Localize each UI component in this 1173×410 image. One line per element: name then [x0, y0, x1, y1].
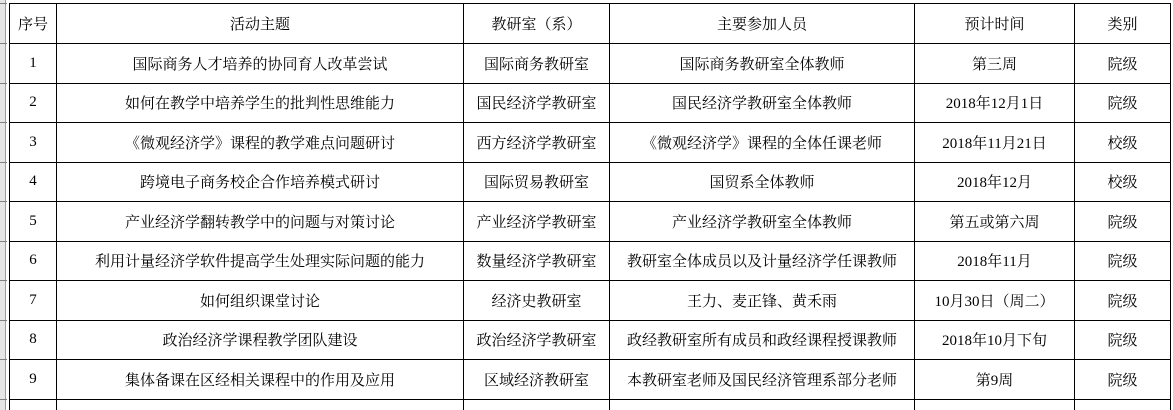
cell-category[interactable]: 校级 — [1075, 162, 1171, 202]
cell-topic[interactable]: 如何在教学中培养学生的批判性思维能力 — [57, 83, 464, 123]
cell-empty — [464, 399, 610, 410]
table-row: 8政治经济学课程教学团队建设政治经济学教研室政经教研室所有成员和政经课程授课教师… — [10, 320, 1171, 360]
gutter-gridline-tick — [0, 201, 7, 202]
cell-empty — [610, 399, 915, 410]
cell-index[interactable]: 4 — [10, 162, 57, 202]
cell-participants[interactable]: 政经教研室所有成员和政经课程授课教师 — [610, 320, 915, 360]
cell-department[interactable]: 国民经济学教研室 — [464, 83, 610, 123]
table-row: 3《微观经济学》课程的教学难点问题研讨西方经济学教研室《微观经济学》课程的全体任… — [10, 123, 1171, 163]
cell-category[interactable]: 院级 — [1075, 281, 1171, 321]
cell-empty — [915, 399, 1075, 410]
table-row: 4跨境电子商务校企合作培养模式研讨国际贸易教研室国贸系全体教师2018年12月校… — [10, 162, 1171, 202]
cell-department[interactable]: 西方经济学教研室 — [464, 123, 610, 163]
cell-time[interactable]: 第三周 — [915, 44, 1075, 84]
gutter-gridline-tick — [0, 162, 7, 163]
cell-index[interactable]: 3 — [10, 123, 57, 163]
cell-participants[interactable]: 产业经济学教研室全体教师 — [610, 202, 915, 242]
gutter-gridline-tick — [0, 241, 7, 242]
gutter-gridline-tick — [0, 359, 7, 360]
cell-category[interactable]: 院级 — [1075, 44, 1171, 84]
row-header-gutter — [0, 0, 6, 410]
cell-category[interactable]: 院级 — [1075, 241, 1171, 281]
cell-index[interactable]: 5 — [10, 202, 57, 242]
cell-department[interactable]: 国际商务教研室 — [464, 44, 610, 84]
cell-topic[interactable]: 跨境电子商务校企合作培养模式研讨 — [57, 162, 464, 202]
header-row: 序号活动主题教研室（系）主要参加人员预计时间类别 — [10, 4, 1171, 44]
cell-department[interactable]: 政治经济学教研室 — [464, 320, 610, 360]
table-row: 6利用计量经济学软件提高学生处理实际问题的能力数量经济学教研室教研室全体成员以及… — [10, 241, 1171, 281]
cell-index[interactable]: 1 — [10, 44, 57, 84]
column-header-index[interactable]: 序号 — [10, 4, 57, 44]
cell-index[interactable]: 2 — [10, 83, 57, 123]
cell-time[interactable]: 第五或第六周 — [915, 202, 1075, 242]
column-header-category[interactable]: 类别 — [1075, 4, 1171, 44]
cell-time[interactable]: 2018年12月 — [915, 162, 1075, 202]
cell-time[interactable]: 2018年11月 — [915, 241, 1075, 281]
cell-topic[interactable]: 《微观经济学》课程的教学难点问题研讨 — [57, 123, 464, 163]
cell-participants[interactable]: 教研室全体成员以及计量经济学任课教师 — [610, 241, 915, 281]
cell-empty — [1075, 399, 1171, 410]
cell-category[interactable]: 院级 — [1075, 202, 1171, 242]
cell-time[interactable]: 2018年10月下旬 — [915, 320, 1075, 360]
cell-index[interactable]: 9 — [10, 360, 57, 400]
cell-index[interactable]: 6 — [10, 241, 57, 281]
cell-empty — [57, 399, 464, 410]
cell-time[interactable]: 2018年12月1日 — [915, 83, 1075, 123]
cell-department[interactable]: 区域经济教研室 — [464, 360, 610, 400]
cell-department[interactable]: 国际贸易教研室 — [464, 162, 610, 202]
table-row: 9集体备课在区经相关课程中的作用及应用区域经济教研室本教研室老师及国民经济管理系… — [10, 360, 1171, 400]
cell-participants[interactable]: 国贸系全体教师 — [610, 162, 915, 202]
table-row: 1国际商务人才培养的协同育人改革尝试国际商务教研室国际商务教研室全体教师第三周院… — [10, 44, 1171, 84]
cell-time[interactable]: 10月30日（周二） — [915, 281, 1075, 321]
cell-participants[interactable]: 国际商务教研室全体教师 — [610, 44, 915, 84]
table-body: 1国际商务人才培养的协同育人改革尝试国际商务教研室国际商务教研室全体教师第三周院… — [10, 44, 1171, 410]
cell-topic[interactable]: 政治经济学课程教学团队建设 — [57, 320, 464, 360]
gutter-gridline-tick — [0, 280, 7, 281]
cell-time[interactable]: 2018年11月21日 — [915, 123, 1075, 163]
column-header-participants[interactable]: 主要参加人员 — [610, 4, 915, 44]
cell-topic[interactable]: 产业经济学翻转教学中的问题与对策讨论 — [57, 202, 464, 242]
cell-department[interactable]: 产业经济学教研室 — [464, 202, 610, 242]
partial-row — [10, 399, 1171, 410]
gutter-gridline-tick — [0, 122, 7, 123]
gutter-gridline-tick — [0, 43, 7, 44]
spreadsheet-screenshot: 序号活动主题教研室（系）主要参加人员预计时间类别 1国际商务人才培养的协同育人改… — [0, 0, 1173, 410]
cell-category[interactable]: 院级 — [1075, 83, 1171, 123]
gutter-gridline-tick — [0, 83, 7, 84]
cell-index[interactable]: 7 — [10, 281, 57, 321]
cell-participants[interactable]: 《微观经济学》课程的全体任课老师 — [610, 123, 915, 163]
gutter-gridline-tick — [0, 320, 7, 321]
cell-participants[interactable]: 国民经济学教研室全体教师 — [610, 83, 915, 123]
cell-empty — [10, 399, 57, 410]
cell-participants[interactable]: 本教研室老师及国民经济管理系部分老师 — [610, 360, 915, 400]
cell-topic[interactable]: 如何组织课堂讨论 — [57, 281, 464, 321]
column-header-topic[interactable]: 活动主题 — [57, 4, 464, 44]
cell-index[interactable]: 8 — [10, 320, 57, 360]
cell-time[interactable]: 第9周 — [915, 360, 1075, 400]
cell-topic[interactable]: 利用计量经济学软件提高学生处理实际问题的能力 — [57, 241, 464, 281]
cell-category[interactable]: 院级 — [1075, 360, 1171, 400]
cell-department[interactable]: 数量经济学教研室 — [464, 241, 610, 281]
cell-category[interactable]: 院级 — [1075, 320, 1171, 360]
cell-department[interactable]: 经济史教研室 — [464, 281, 610, 321]
table-row: 7如何组织课堂讨论经济史教研室王力、麦正锋、黄禾雨10月30日（周二）院级 — [10, 281, 1171, 321]
column-header-time[interactable]: 预计时间 — [915, 4, 1075, 44]
table-header: 序号活动主题教研室（系）主要参加人员预计时间类别 — [10, 4, 1171, 44]
table-row: 5产业经济学翻转教学中的问题与对策讨论产业经济学教研室产业经济学教研室全体教师第… — [10, 202, 1171, 242]
cell-participants[interactable]: 王力、麦正锋、黄禾雨 — [610, 281, 915, 321]
activity-plan-table: 序号活动主题教研室（系）主要参加人员预计时间类别 1国际商务人才培养的协同育人改… — [9, 3, 1171, 410]
table-row: 2如何在教学中培养学生的批判性思维能力国民经济学教研室国民经济学教研室全体教师2… — [10, 83, 1171, 123]
cell-topic[interactable]: 国际商务人才培养的协同育人改革尝试 — [57, 44, 464, 84]
gutter-gridline-tick — [0, 3, 7, 4]
cell-category[interactable]: 校级 — [1075, 123, 1171, 163]
gutter-gridline-tick — [0, 399, 7, 400]
cell-topic[interactable]: 集体备课在区经相关课程中的作用及应用 — [57, 360, 464, 400]
column-header-department[interactable]: 教研室（系） — [464, 4, 610, 44]
